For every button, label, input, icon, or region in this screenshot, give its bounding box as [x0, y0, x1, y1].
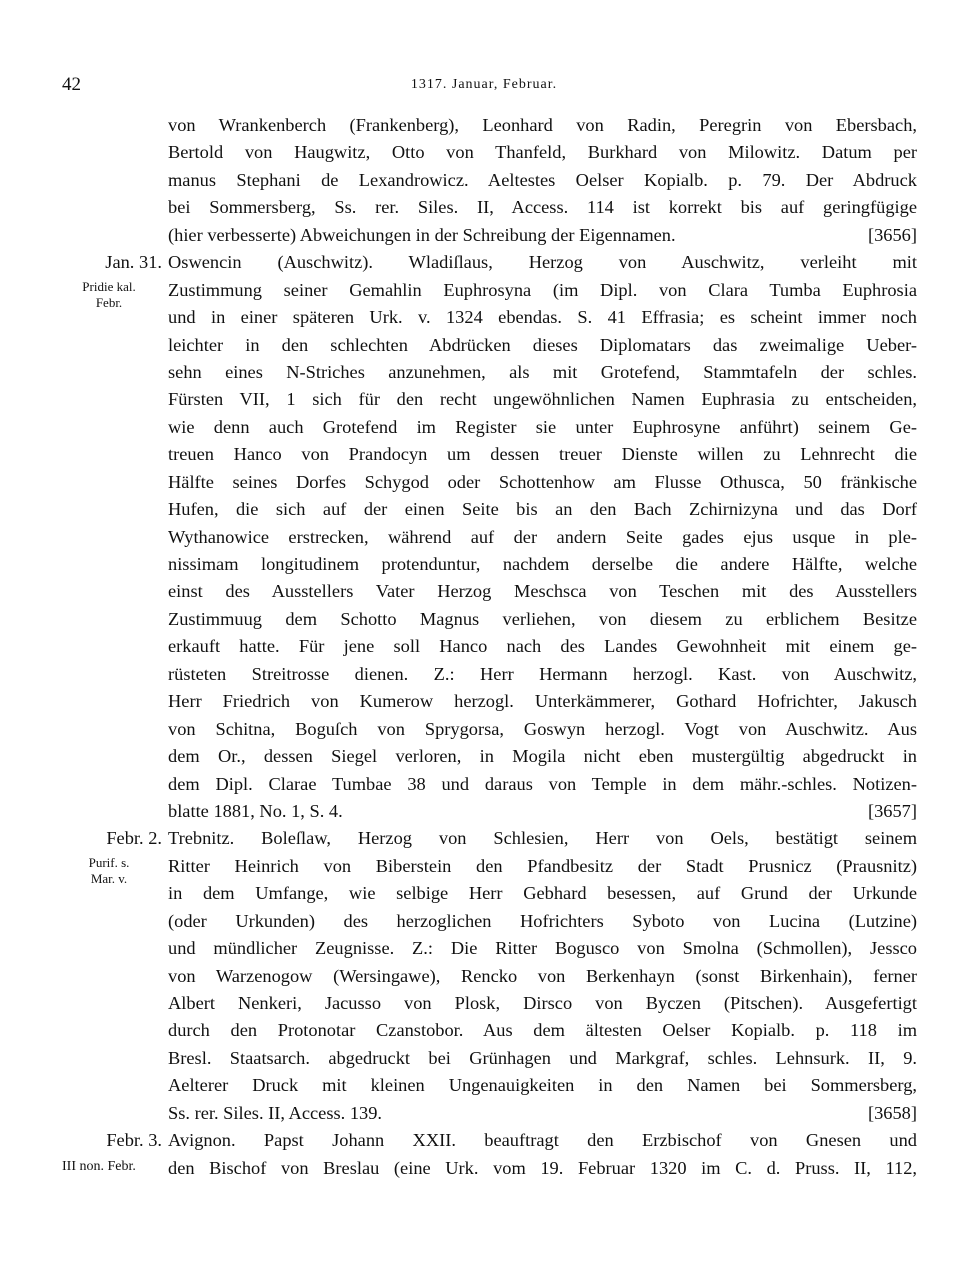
margin-date-note: Purif. s. — [58, 855, 160, 871]
text-line: dem Dipl. Clarae Tumbae 38 und daraus vo… — [0, 771, 960, 798]
text-line: und in einer späteren Urk. v. 1324 ebend… — [0, 304, 960, 331]
text-line: in dem Umfange, wie selbige Herr Gebhard… — [0, 880, 960, 907]
text-line: Zustimmuug dem Schotto Magnus verliehen,… — [0, 606, 960, 633]
text-line: treuen Hanco von Prandocyn um dessen tre… — [0, 441, 960, 468]
text-line: sehn eines N-Striches anzunehmen, als mi… — [0, 359, 960, 386]
text-line: Aelterer Druck mit kleinen Ungenauigkeit… — [0, 1072, 960, 1099]
text-line: wie denn auch Grotefend im Register sie … — [0, 414, 960, 441]
document-body: von Wrankenberch (Frankenberg), Leonhard… — [0, 112, 960, 1182]
text-line: von Wrankenberch (Frankenberg), Leonhard… — [0, 112, 960, 139]
text-line: Purif. s. Mar. v. Ritter Heinrich von Bi… — [0, 853, 960, 880]
entry-number: [3657] — [868, 798, 917, 825]
text-line: dem Or., dessen Siegel verloren, in Mogi… — [0, 743, 960, 770]
entry-number: [3656] — [868, 222, 917, 249]
text-line: Herr Friedrich von Kumerow herzogl. Unte… — [0, 688, 960, 715]
running-title: 1317. Januar, Februar. — [0, 77, 960, 93]
text-line: Febr. 2. Trebnitz. Boleſlaw, Herzog von … — [0, 825, 960, 852]
text-line: Hufen, die sich auf der einen Seite bis … — [0, 496, 960, 523]
text-line: Bresl. Staatsarch. abgedruckt bei Grünha… — [0, 1045, 960, 1072]
text-line: von Schitna, Boguſch von Sprygorsa, Gosw… — [0, 716, 960, 743]
text-line: blatte 1881, No. 1, S. 4.[3657] — [0, 798, 960, 825]
text-line: manus Stephani de Lexandrowicz. Aelteste… — [0, 167, 960, 194]
text-line: Hälfte seines Dorfes Schygod oder Schott… — [0, 469, 960, 496]
margin-date-note: Pridie kal. — [58, 279, 160, 295]
text-line: Ss. rer. Siles. II, Access. 139.[3658] — [0, 1100, 960, 1127]
text-line: erkauft hatte. Für jene soll Hanco nach … — [0, 633, 960, 660]
text-line: bei Sommersberg, Ss. rer. Siles. II, Acc… — [0, 194, 960, 221]
text-line: (hier verbesserte) Abweichungen in der S… — [0, 222, 960, 249]
text-line: Wythanowice erstrecken, während auf der … — [0, 524, 960, 551]
text-line: Bertold von Haugwitz, Otto von Thanfeld,… — [0, 139, 960, 166]
text-line: leichter in den schlechten Abdrücken die… — [0, 332, 960, 359]
text-line: Jan. 31. Oswencin (Auschwitz). Wladiſlau… — [0, 249, 960, 276]
text-line: Febr. 3. Avignon. Papst Johann XXII. bea… — [0, 1127, 960, 1154]
margin-date: Febr. 3. — [58, 1127, 162, 1154]
text-line: Fürsten VII, 1 sich für den recht ungewö… — [0, 386, 960, 413]
text-line: von Warzenogow (Wersingawe), Rencko von … — [0, 963, 960, 990]
text-line: Albert Nenkeri, Jacusso von Plosk, Dirsc… — [0, 990, 960, 1017]
text-line: nissimam longitudinem protenduntur, nach… — [0, 551, 960, 578]
text-line: rüsteten Streitrosse dienen. Z.: Herr He… — [0, 661, 960, 688]
entry-number: [3658] — [868, 1100, 917, 1127]
margin-date-note: III non. Febr. — [62, 1159, 136, 1175]
margin-date: Jan. 31. — [58, 249, 162, 276]
text-line: Pridie kal. Febr. Zustimmung seiner Gema… — [0, 277, 960, 304]
margin-date: Febr. 2. — [58, 825, 162, 852]
text-line: und mündlicher Zeugnisse. Z.: Die Ritter… — [0, 935, 960, 962]
text-line: (oder Urkunden) des herzoglichen Hofrich… — [0, 908, 960, 935]
text-line: einst des Ausstellers Vater Herzog Mesch… — [0, 578, 960, 605]
text-line: durch den Protonotar Czanstobor. Aus dem… — [0, 1017, 960, 1044]
text-line: III non. Febr. den Bischof von Breslau (… — [0, 1155, 960, 1182]
